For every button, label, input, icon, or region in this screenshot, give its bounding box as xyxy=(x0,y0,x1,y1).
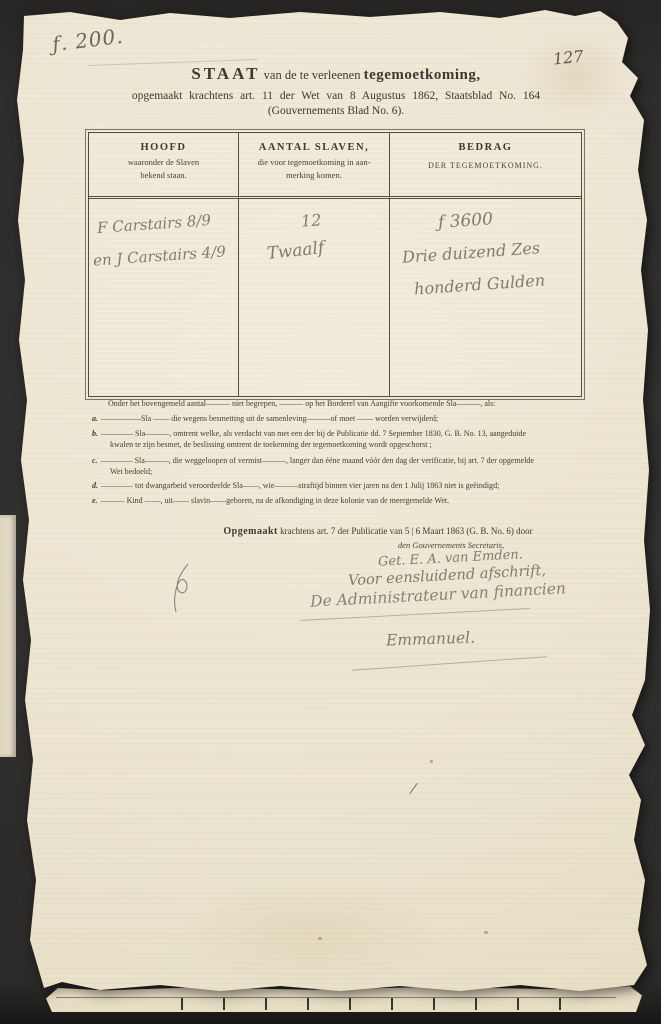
handwritten-folio-mark: ƒ. 200. xyxy=(51,24,125,57)
closing-statement-text: krachtens art. 7 der Publicatie van 5 | … xyxy=(278,526,533,536)
paper-speck xyxy=(318,937,322,940)
footnote-item-b: b.———— Sla———, omtrent welke, als verdac… xyxy=(92,429,582,450)
table-cell-bedrag: ƒ 3600 Drie duizend Zes honderd Gulden xyxy=(390,199,581,396)
title-subtitle-line1: opgemaakt krachtens art. 11 der Wet van … xyxy=(90,90,582,102)
handwritten-count-numeric: 12 xyxy=(300,210,322,230)
title-word-tegemoetkoming: tegemoetkoming, xyxy=(364,67,481,83)
compensation-table: HOOFD waaronder de Slaven bekend staan. … xyxy=(88,132,582,397)
footnote-text: ——— Kind ——, uit—— slavin——geboren, na d… xyxy=(101,496,450,505)
paper-speck xyxy=(484,931,488,934)
handwritten-amount-numeric: ƒ 3600 xyxy=(437,209,493,233)
title-middle-text: van de te verleenen xyxy=(261,68,364,82)
column-header-hoofd: HOOFD waaronder de Slaven bekend staan. xyxy=(89,133,238,199)
column-title: AANTAL SLAVEN, xyxy=(239,142,389,153)
column-title: HOOFD xyxy=(89,142,238,153)
handwritten-signature-name: Emmanuel. xyxy=(386,628,476,649)
column-header-aantal-slaven: AANTAL SLAVEN, die voor tegemoetkoming i… xyxy=(238,133,390,199)
title-subtitle-line2: (Gouvernements Blad No. 6). xyxy=(90,105,582,117)
document-title: STAAT van de te verleenen tegemoetkoming… xyxy=(90,64,582,84)
footnote-label: b. xyxy=(92,429,98,438)
paper-stain xyxy=(180,880,440,990)
handwritten-amount-words-line1: Drie duizend Zes xyxy=(402,238,541,267)
column-subtitle: waaronder de Slaven bekend staan. xyxy=(89,156,238,182)
column-subtitle-line: DER TEGEMOETKOMING. xyxy=(390,161,581,170)
handwritten-count-words: Twaalf xyxy=(266,238,325,264)
pencil-paraph-mark xyxy=(168,562,198,614)
handwritten-owner-name-line2: en J Carstairs 4/9 xyxy=(93,242,227,269)
signature-underline-flourish xyxy=(352,656,547,671)
footnote-item-a: a.—————Sla —— die wegens besmetting uit … xyxy=(92,414,582,424)
scanned-document-page: ƒ. 200. 127 STAAT van de te verleenen te… xyxy=(0,0,661,1024)
footnote-label: a. xyxy=(92,414,98,423)
footnote-text: —————Sla —— die wegens besmetting uit de… xyxy=(101,414,438,423)
handwritten-amount-words-line2: honderd Gulden xyxy=(413,270,545,298)
paper-sheet: ƒ. 200. 127 STAAT van de te verleenen te… xyxy=(0,0,661,1024)
footnote-label: e. xyxy=(92,496,98,505)
footnote-intro: Onder het bovengemeld aantal——— niet beg… xyxy=(92,399,582,409)
footnote-label: d. xyxy=(92,481,98,490)
footnotes-section: Onder het bovengemeld aantal——— niet beg… xyxy=(92,399,582,506)
table-cell-hoofd: F Carstairs 8/9 en J Carstairs 4/9 xyxy=(89,199,238,396)
closing-statement: Opgemaakt krachtens art. 7 der Publicati… xyxy=(148,526,608,537)
paper-speck xyxy=(430,760,433,763)
column-header-bedrag: BEDRAG DER TEGEMOETKOMING. xyxy=(390,133,581,199)
footnote-text: ———— Sla———, omtrent welke, als verdacht… xyxy=(101,429,526,438)
paper-sheet-wrapper: ƒ. 200. 127 STAAT van de te verleenen te… xyxy=(0,0,661,1024)
footnote-item-e: e.——— Kind ——, uit—— slavin——geboren, na… xyxy=(92,496,582,506)
footnote-text-continued: Wet bedoeld; xyxy=(92,467,582,477)
column-subtitle-line: die voor tegemoetkoming in aan- xyxy=(239,156,389,169)
footnote-label: c. xyxy=(92,456,98,465)
footnote-item-c: c.———— Sla———, die weggeloopen of vermis… xyxy=(92,456,582,477)
stray-pen-mark: / xyxy=(410,781,417,798)
column-subtitle: die voor tegemoetkoming in aan- merking … xyxy=(239,156,389,182)
footnote-text-continued: kwalen te zijn besmet, de beslissing omt… xyxy=(92,440,582,450)
signature-flourish-line xyxy=(300,608,530,621)
footnote-text: ———— Sla———, die weggeloopen of vermist—… xyxy=(101,456,534,465)
title-word-staat: STAAT xyxy=(191,64,260,83)
column-title: BEDRAG xyxy=(390,142,581,153)
footnote-item-d: d.———— tot dwangarbeid veroordeelde Sla—… xyxy=(92,481,582,491)
closing-opgemaakt-word: Opgemaakt xyxy=(223,526,278,537)
footnote-text: ———— tot dwangarbeid veroordeelde Sla——,… xyxy=(101,481,499,490)
column-subtitle-line: merking komen. xyxy=(239,169,389,182)
column-subtitle-line: waaronder de Slaven xyxy=(89,156,238,169)
handwritten-owner-name-line1: F Carstairs 8/9 xyxy=(97,211,212,237)
table-cell-aantal: 12 Twaalf xyxy=(238,199,390,396)
column-subtitle-line: bekend staan. xyxy=(89,169,238,182)
document-header: STAAT van de te verleenen tegemoetkoming… xyxy=(90,64,582,117)
